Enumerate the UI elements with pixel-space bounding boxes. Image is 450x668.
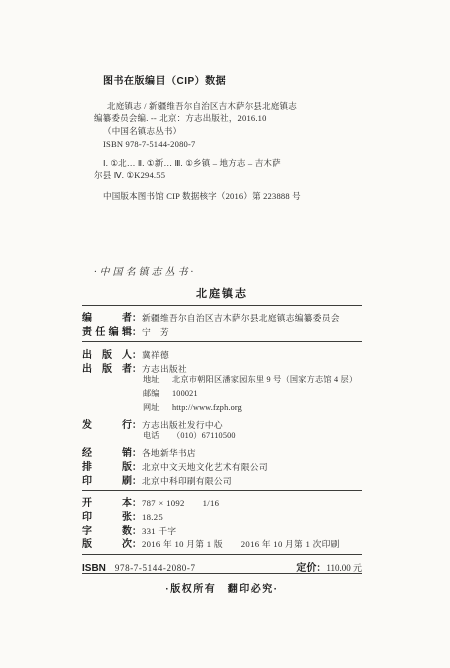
divider-under-edition bbox=[82, 554, 362, 555]
editors-section: 编 者：新疆维吾尔自治区吉木萨尔县北庭镇志编纂委员会 责任编辑：宁 芳 bbox=[82, 309, 362, 336]
row-colon: ： bbox=[132, 536, 142, 550]
phone-row: 电话（010）67110500 bbox=[82, 430, 362, 444]
row-label: 排 版 bbox=[82, 458, 132, 473]
row-label: 经 销 bbox=[82, 444, 132, 459]
row-label: 发 行 bbox=[82, 416, 132, 431]
row-value: 北京中文天地文化艺术有限公司 bbox=[142, 461, 268, 473]
cip-block: 图书在版编目（CIP）数据 北庭镇志 / 新疆维吾尔自治区吉木萨尔县北庭镇志 编… bbox=[94, 76, 394, 203]
row-value: 宁 芳 bbox=[142, 326, 169, 338]
isbn-number: 978-7-5144-2080-7 bbox=[115, 563, 196, 573]
row-value: 787 × 1092 1/16 bbox=[142, 497, 219, 509]
row-colon: ： bbox=[132, 361, 142, 375]
sub-value: （010）67110500 bbox=[172, 430, 236, 441]
row-label: 出 版 者 bbox=[82, 360, 132, 375]
publisher-row: 出 版 者：方志出版社 bbox=[82, 360, 362, 374]
cip-line-series: （中国名镇志丛书） bbox=[94, 125, 394, 138]
cip-line-classification-2: 尔县 Ⅳ. ①K294.55 bbox=[94, 169, 394, 182]
row-colon: ： bbox=[132, 417, 142, 431]
row-label: 出 版 人 bbox=[82, 346, 132, 361]
row-label: 印 刷 bbox=[82, 472, 132, 487]
sub-value: http://www.fzph.org bbox=[172, 403, 242, 412]
cip-line-classification-1: Ⅰ. ①北… Ⅱ. ①新… Ⅲ. ①乡镇 – 地方志 – 吉木萨 bbox=[94, 157, 394, 170]
row-label: 印 张 bbox=[82, 508, 132, 523]
sub-key: 网址 bbox=[143, 402, 172, 413]
row-value: 2016 年 10 月第 1 版 2016 年 10 月第 1 次印刷 bbox=[142, 538, 340, 550]
row-colon: ： bbox=[132, 459, 142, 473]
book-copyright-page: 图书在版编目（CIP）数据 北庭镇志 / 新疆维吾尔自治区吉木萨尔县北庭镇志 编… bbox=[0, 0, 450, 668]
row-label: 责任编辑 bbox=[82, 323, 132, 338]
sub-key: 电话 bbox=[143, 430, 172, 441]
cip-line-publisher: 编纂委员会编. -- 北京：方志出版社，2016.10 bbox=[94, 112, 394, 125]
sub-value: 北京市朝阳区潘家园东里 9 号（国家方志馆 4 层） bbox=[172, 374, 357, 385]
isbn-label: ISBN bbox=[82, 563, 106, 574]
row-label: 字 数 bbox=[82, 522, 132, 537]
row-colon: ： bbox=[132, 324, 142, 338]
printing-row: 印 刷：北京中科印刷有限公司 bbox=[82, 472, 362, 486]
sub-key: 邮编 bbox=[143, 388, 172, 399]
address-row: 地址北京市朝阳区潘家园东里 9 号（国家方志馆 4 层） bbox=[82, 374, 362, 388]
row-value: 冀祥德 bbox=[142, 349, 169, 361]
cip-line-isbn: ISBN 978-7-5144-2080-7 bbox=[94, 138, 394, 151]
divider-under-editors bbox=[82, 341, 362, 342]
row-label: 版 次 bbox=[82, 535, 132, 550]
sheet-size-row: 开 本：787 × 1092 1/16 bbox=[82, 494, 362, 508]
price-label: 定价 bbox=[296, 563, 316, 574]
row-colon: ： bbox=[132, 495, 142, 509]
row-colon: ： bbox=[132, 310, 142, 324]
print-sheets-row: 印 张：18.25 bbox=[82, 508, 362, 522]
format-section: 开 本：787 × 1092 1/16 印 张：18.25 字 数：331 千字… bbox=[82, 494, 362, 549]
divider-under-title bbox=[82, 305, 362, 306]
row-value: 新疆维吾尔自治区吉木萨尔县北庭镇志编纂委员会 bbox=[142, 312, 340, 324]
row-value: 北京中科印刷有限公司 bbox=[142, 475, 232, 487]
postcode-row: 邮编100021 bbox=[82, 388, 362, 402]
row-label: 开 本 bbox=[82, 494, 132, 509]
sales-row: 经 销：各地新华书店 bbox=[82, 444, 362, 458]
row-value: 各地新华书店 bbox=[142, 447, 196, 459]
price-colon: ： bbox=[316, 560, 326, 574]
price-group: 定价：110.00 元 bbox=[296, 558, 362, 576]
typesetting-row: 排 版：北京中文天地文化艺术有限公司 bbox=[82, 458, 362, 472]
sub-key: 地址 bbox=[143, 374, 172, 385]
price-value: 110.00 元 bbox=[326, 563, 362, 573]
editor-row: 编 者：新疆维吾尔自治区吉木萨尔县北庭镇志编纂委员会 bbox=[82, 309, 362, 323]
cip-heading: 图书在版编目（CIP）数据 bbox=[94, 76, 394, 89]
isbn-group: ISBN978-7-5144-2080-7 bbox=[82, 558, 196, 576]
word-count-row: 字 数：331 千字 bbox=[82, 522, 362, 536]
edition-row: 版 次：2016 年 10 月第 1 版 2016 年 10 月第 1 次印刷 bbox=[82, 535, 362, 549]
distributor-row: 发 行：方志出版社发行中心 bbox=[82, 416, 362, 430]
row-colon: ： bbox=[132, 445, 142, 459]
row-colon: ： bbox=[132, 473, 142, 487]
sub-value: 100021 bbox=[172, 389, 198, 398]
divider-under-printing bbox=[82, 490, 362, 491]
series-label: ·中国名镇志丛书· bbox=[94, 263, 196, 278]
row-colon: ： bbox=[132, 347, 142, 361]
row-colon: ： bbox=[132, 523, 142, 537]
row-value: 331 千字 bbox=[142, 525, 176, 537]
publishing-section: 出 版 人：冀祥德 出 版 者：方志出版社 地址北京市朝阳区潘家园东里 9 号（… bbox=[82, 346, 362, 486]
book-title: 北庭镇志 bbox=[82, 285, 362, 301]
row-colon: ： bbox=[132, 509, 142, 523]
copyright-notice: ·版权所有 翻印必究· bbox=[82, 580, 362, 595]
responsible-editor-row: 责任编辑：宁 芳 bbox=[82, 323, 362, 337]
cip-record-number: 中国版本图书馆 CIP 数据核字（2016）第 223888 号 bbox=[94, 190, 394, 203]
publisher-person-row: 出 版 人：冀祥德 bbox=[82, 346, 362, 360]
row-value: 18.25 bbox=[142, 512, 163, 522]
cip-line-title: 北庭镇志 / 新疆维吾尔自治区吉木萨尔县北庭镇志 bbox=[94, 100, 394, 113]
website-row: 网址http://www.fzph.org bbox=[82, 402, 362, 416]
isbn-price-row: ISBN978-7-5144-2080-7 定价：110.00 元 bbox=[82, 558, 362, 576]
